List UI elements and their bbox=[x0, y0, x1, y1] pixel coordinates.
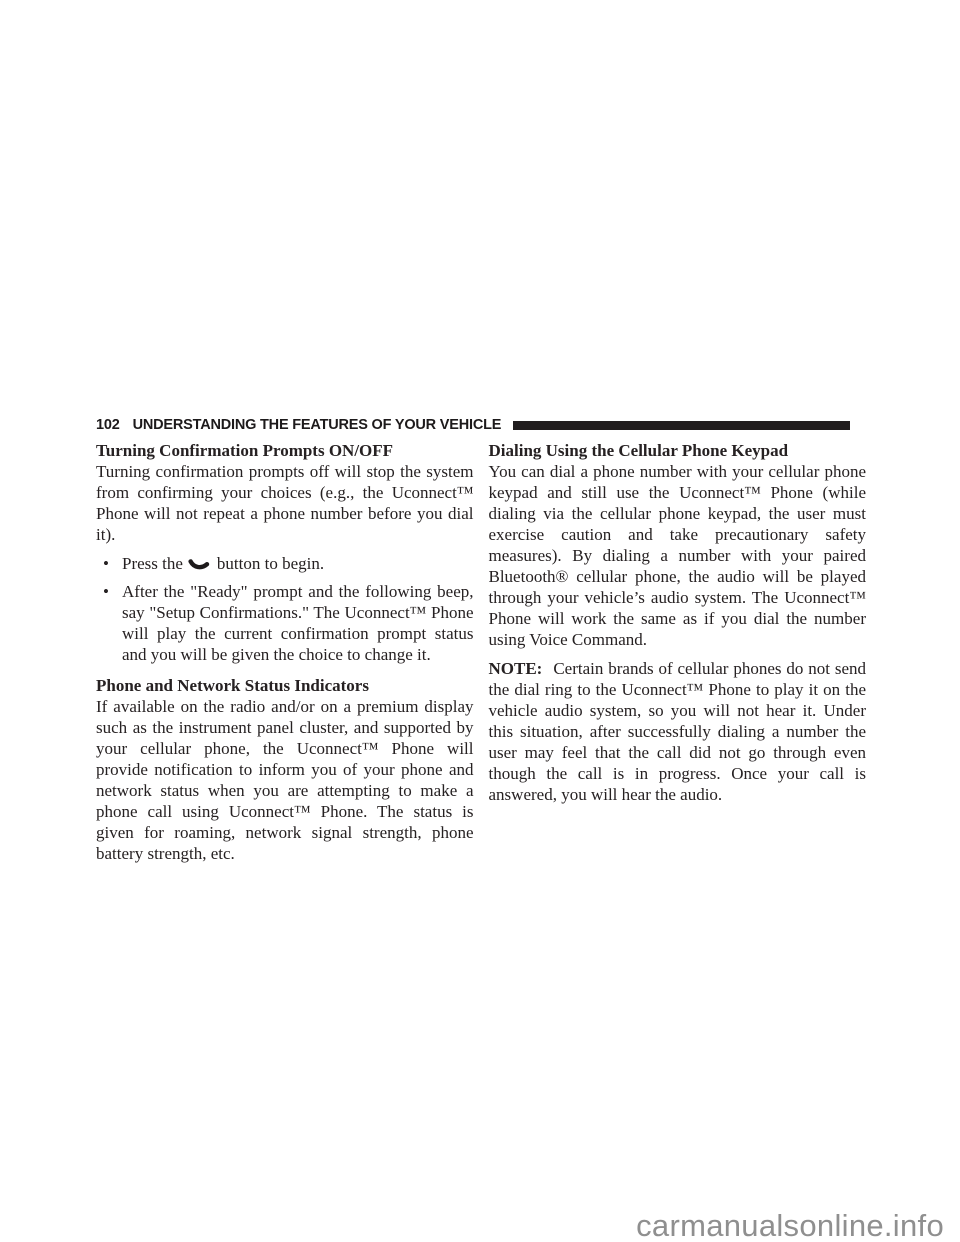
phone-handset-icon bbox=[188, 559, 210, 570]
header-rule-bar bbox=[513, 421, 850, 430]
manual-page: 102 UNDERSTANDING THE FEATURES OF YOUR V… bbox=[0, 0, 960, 1242]
left-column: Turning Confirmation Prompts ON/OFF Turn… bbox=[96, 440, 474, 864]
section-heading-status-indicators: Phone and Network Status Indicators bbox=[96, 675, 474, 696]
page-header: 102 UNDERSTANDING THE FEATURES OF YOUR V… bbox=[96, 417, 866, 433]
note-text: Certain brands of cellular phones do not… bbox=[489, 659, 867, 804]
bullet-text-post: button to begin. bbox=[217, 554, 324, 573]
paragraph-dialing-keypad: You can dial a phone number with your ce… bbox=[489, 461, 867, 650]
paragraph-status-indicators: If available on the radio and/or on a pr… bbox=[96, 696, 474, 864]
list-item-press-button: Press thebutton to begin. bbox=[96, 553, 474, 574]
bullet-text-pre: Press the bbox=[122, 554, 183, 573]
section-heading-confirmation-prompts: Turning Confirmation Prompts ON/OFF bbox=[96, 440, 474, 461]
page-number: 102 bbox=[96, 417, 120, 433]
note-paragraph: NOTE:Certain brands of cellular phones d… bbox=[489, 658, 867, 805]
paragraph-confirmation-prompts: Turning confirmation prompts off will st… bbox=[96, 461, 474, 545]
note-label: NOTE: bbox=[489, 659, 543, 678]
watermark: carmanualsonline.info bbox=[636, 1210, 944, 1241]
page-title: UNDERSTANDING THE FEATURES OF YOUR VEHIC… bbox=[133, 417, 502, 433]
bullet-list: Press thebutton to begin. After the "Rea… bbox=[96, 553, 474, 665]
section-heading-dialing-keypad: Dialing Using the Cellular Phone Keypad bbox=[489, 440, 867, 461]
right-column: Dialing Using the Cellular Phone Keypad … bbox=[489, 440, 867, 864]
list-item-setup-confirmations: After the "Ready" prompt and the followi… bbox=[96, 581, 474, 665]
text-columns: Turning Confirmation Prompts ON/OFF Turn… bbox=[96, 440, 866, 864]
